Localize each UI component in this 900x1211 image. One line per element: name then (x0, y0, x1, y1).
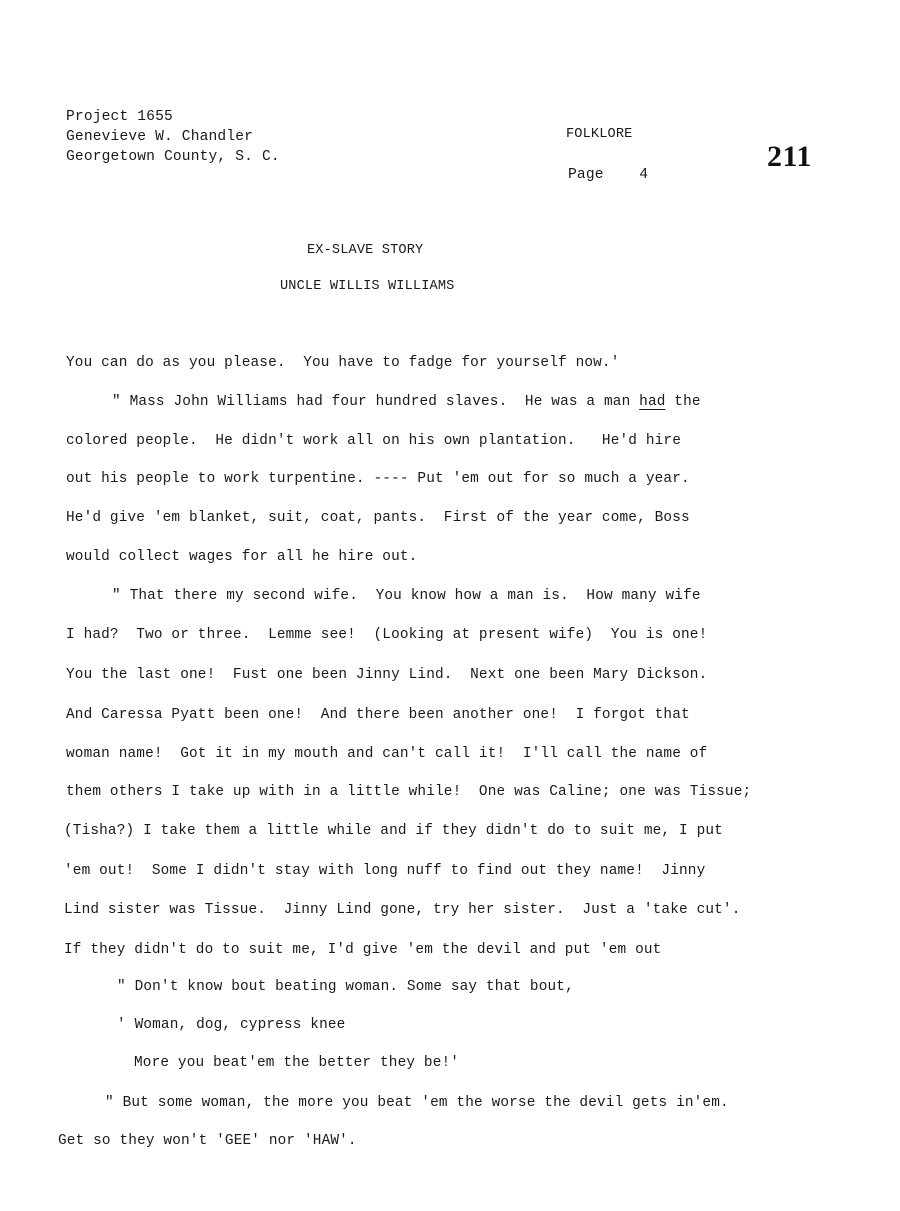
page-indicator: Page 4 (568, 166, 648, 184)
body-line: " Don't know bout beating woman. Some sa… (117, 978, 574, 996)
project-number: Project 1655 (66, 108, 173, 126)
category-label: FOLKLORE (566, 126, 632, 144)
author-name: Genevieve W. Chandler (66, 128, 253, 146)
body-line: He'd give 'em blanket, suit, coat, pants… (66, 509, 690, 527)
body-line: colored people. He didn't work all on hi… (66, 432, 681, 450)
page-label: Page (568, 167, 604, 183)
archive-stamp-number: 211 (767, 140, 812, 174)
body-line: " That there my second wife. You know ho… (112, 587, 701, 605)
body-line: You can do as you please. You have to fa… (66, 354, 620, 372)
body-line: You the last one! Fust one been Jinny Li… (66, 666, 707, 684)
body-line: woman name! Got it in my mouth and can't… (66, 745, 707, 763)
body-line: them others I take up with in a little w… (66, 783, 751, 801)
body-line: 'em out! Some I didn't stay with long nu… (64, 862, 705, 880)
story-title: EX-SLAVE STORY (307, 242, 423, 260)
verse-line: ' Woman, dog, cypress knee (117, 1016, 345, 1034)
body-line: Lind sister was Tissue. Jinny Lind gone,… (64, 901, 741, 919)
underlined-word: had (639, 394, 665, 410)
body-line: If they didn't do to suit me, I'd give '… (64, 941, 661, 959)
body-line: Get so they won't 'GEE' nor 'HAW'. (58, 1132, 357, 1150)
body-line: (Tisha?) I take them a little while and … (64, 822, 723, 840)
body-line: I had? Two or three. Lemme see! (Looking… (66, 626, 707, 644)
story-subject: UNCLE WILLIS WILLIAMS (280, 278, 454, 296)
body-line: And Caressa Pyatt been one! And there be… (66, 706, 690, 724)
verse-line: More you beat'em the better they be!' (134, 1054, 459, 1072)
page-number: 4 (639, 167, 648, 183)
body-line: " But some woman, the more you beat 'em … (105, 1094, 729, 1112)
body-line: out his people to work turpentine. ---- … (66, 470, 690, 488)
body-line: " Mass John Williams had four hundred sl… (112, 393, 701, 411)
body-line: would collect wages for all he hire out. (66, 548, 417, 566)
location: Georgetown County, S. C. (66, 148, 280, 166)
